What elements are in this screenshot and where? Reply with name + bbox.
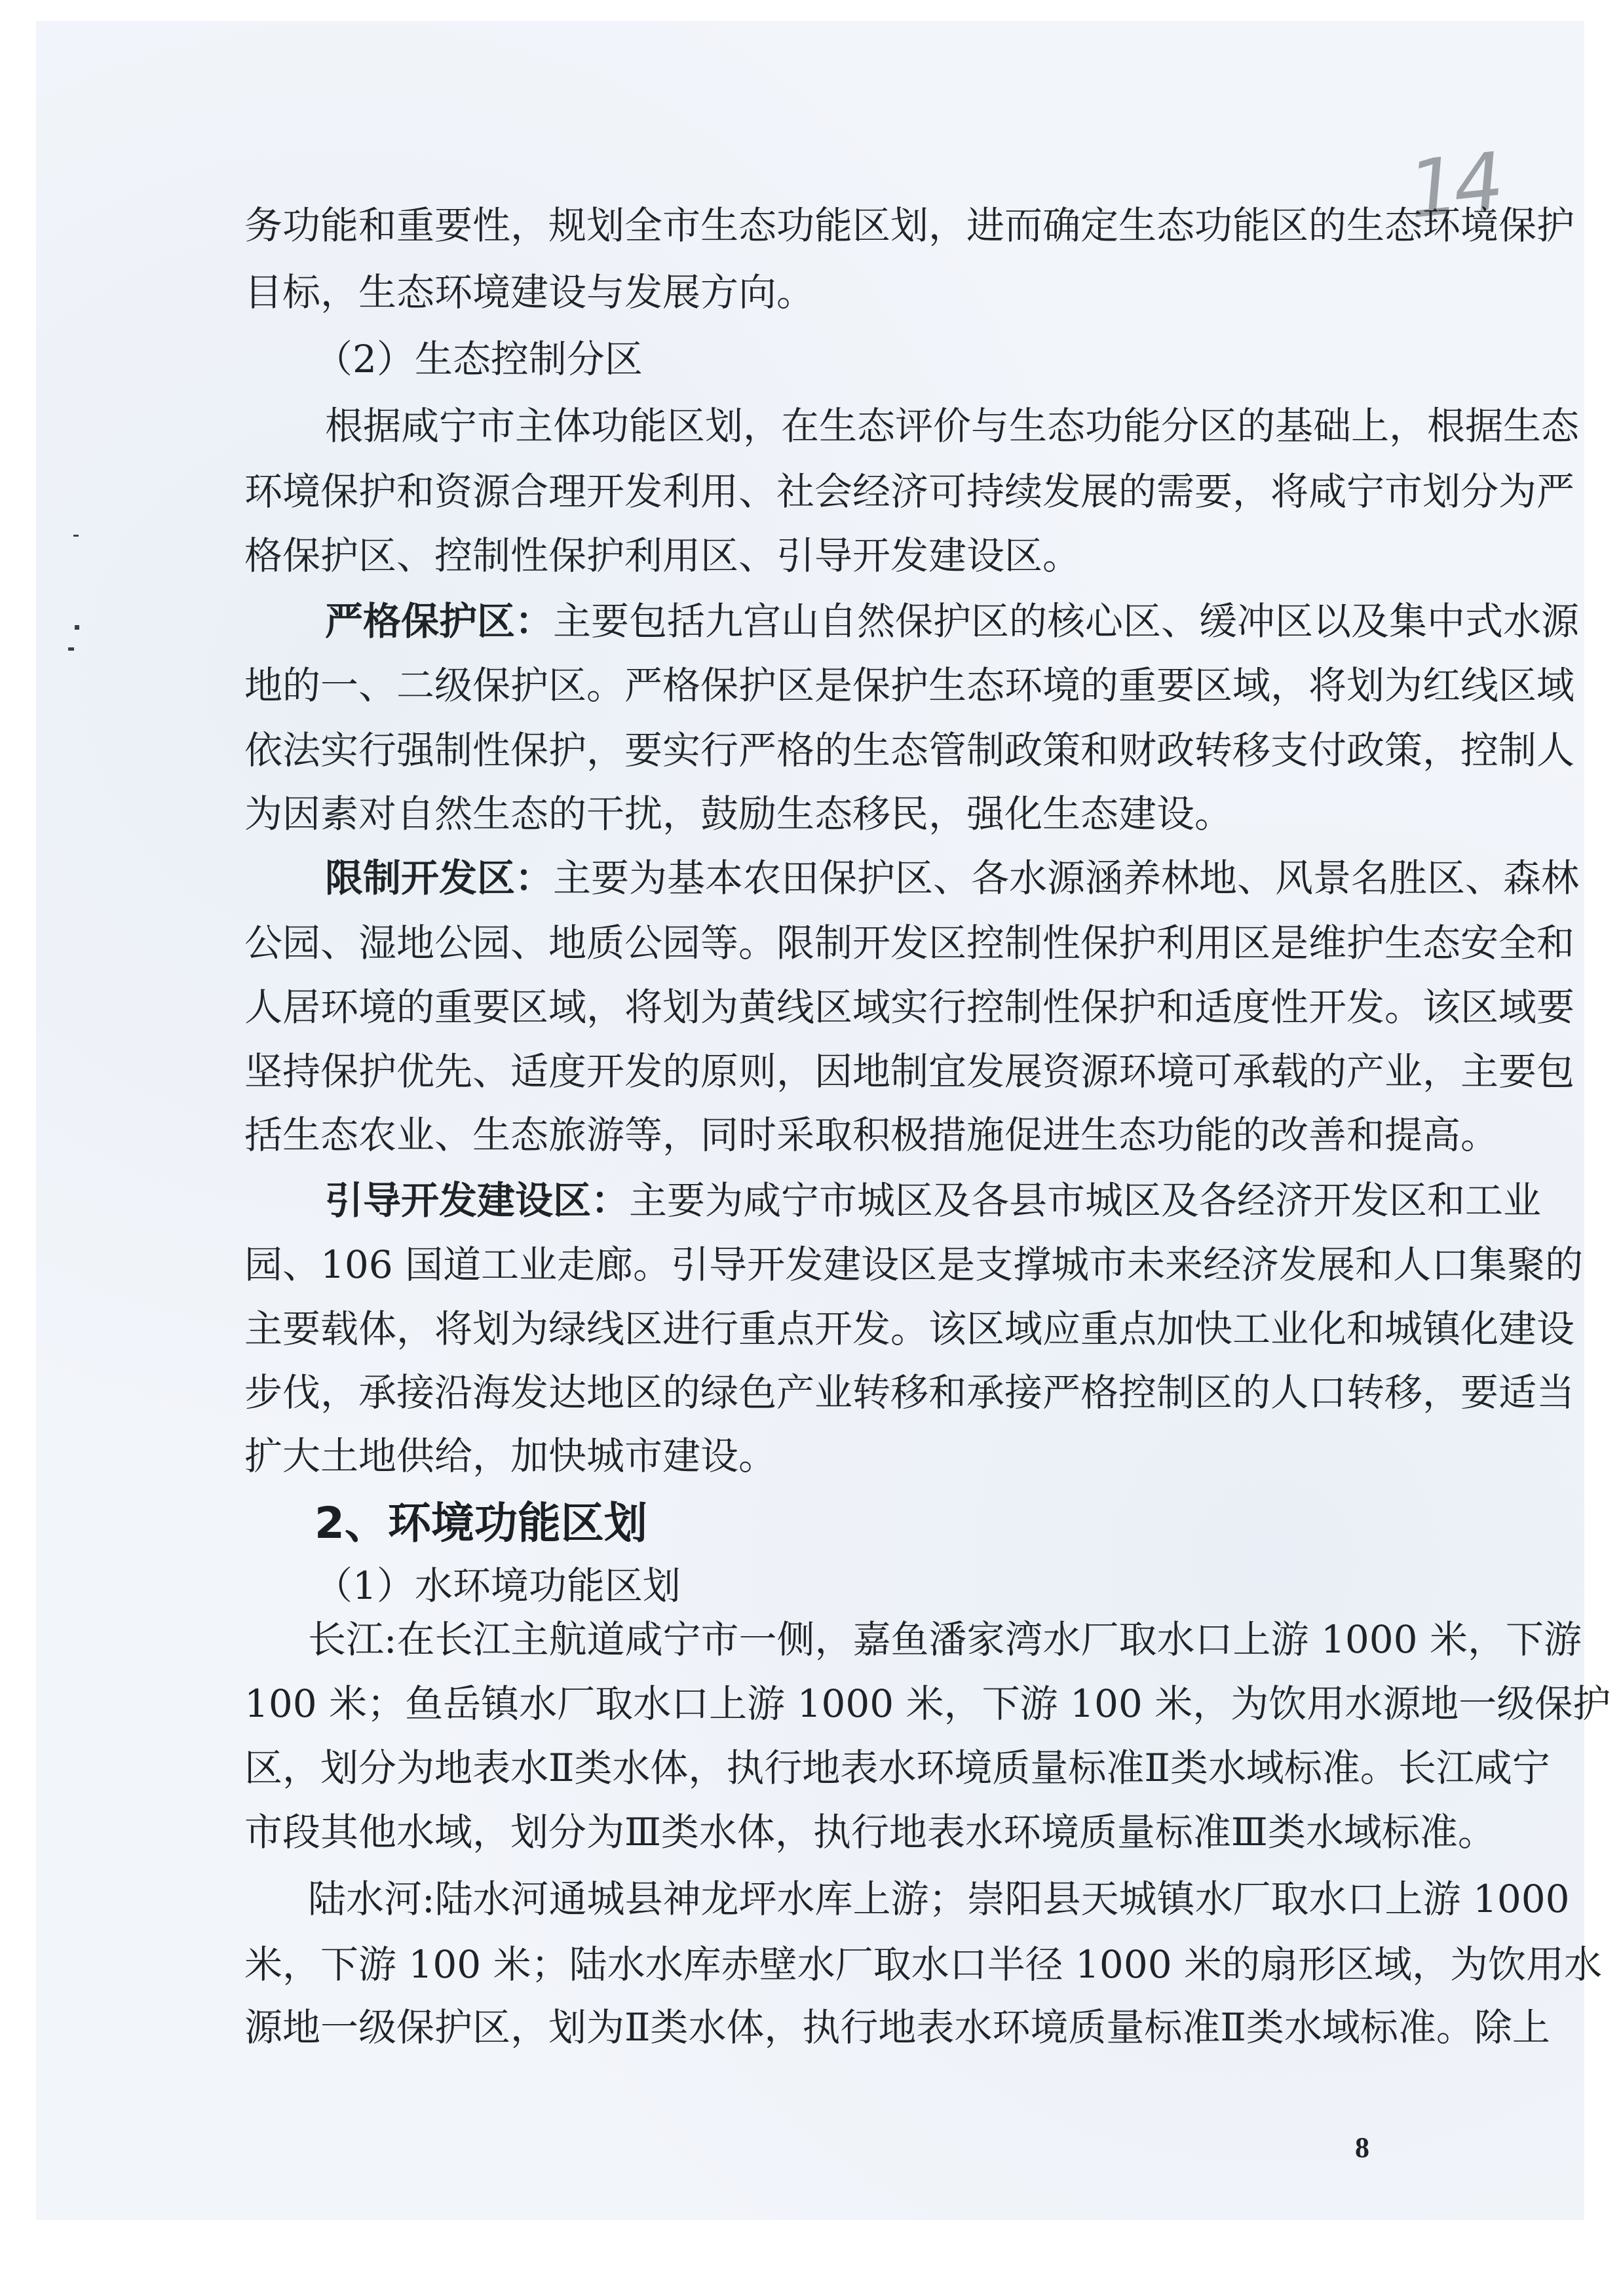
paragraph-line: 米，下游 100 米；陆水水库赤壁水厂取水口半径 1000 米的扇形区域，为饮用… xyxy=(244,1938,1369,1991)
scan-speck xyxy=(68,647,74,651)
paragraph-line: 为因素对自然生态的干扰，鼓励生态移民，强化生态建设。 xyxy=(244,788,1369,840)
paragraph-text: 主要为咸宁市城区及各县市城区及各经济开发区和工业 xyxy=(629,1178,1541,1223)
paragraph-line: 坚持保护优先、适度开发的原则，因地制宜发展资源环境可承载的产业，主要包 xyxy=(244,1045,1369,1098)
lushui-paragraph-start: 陆水河:陆水河通城县神龙坪水库上游；崇阳县天城镇水厂取水口上游 1000 xyxy=(308,1873,1369,1925)
paragraph-line: 园、106 国道工业走廊。引导开发建设区是支撑城市未来经济发展和人口集聚的 xyxy=(244,1238,1369,1291)
paragraph-line: 公园、湿地公园、地质公园等。限制开发区控制性保护利用区是维护生态安全和 xyxy=(244,917,1369,969)
paragraph-line: 源地一级保护区，划为Ⅱ类水体，执行地表水环境质量标准Ⅱ类水域标准。除上 xyxy=(244,2001,1369,2054)
guided-zone-paragraph-start: 引导开发建设区：主要为咸宁市城区及各县市城区及各经济开发区和工业 xyxy=(325,1174,1369,1227)
paragraph-line: 根据咸宁市主体功能区划，在生态评价与生态功能分区的基础上，根据生态 xyxy=(325,400,1369,452)
paragraph-line: 目标，生态环境建设与发展方向。 xyxy=(244,266,1369,318)
limited-zone-label: 限制开发区： xyxy=(325,856,553,900)
subsection-heading: （1）水环境功能区划 xyxy=(315,1559,681,1612)
limited-zone-paragraph-start: 限制开发区：主要为基本农田保护区、各水源涵养林地、风景名胜区、森林 xyxy=(325,852,1369,904)
paragraph-line: 100 米；鱼岳镇水厂取水口上游 1000 米，下游 100 米，为饮用水源地一… xyxy=(244,1677,1369,1730)
paragraph-line: 环境保护和资源合理开发利用、社会经济可持续发展的需要，将咸宁市划分为严 xyxy=(244,465,1369,518)
page-number: 8 xyxy=(1355,2131,1369,2164)
paragraph-text: 主要为基本农田保护区、各水源涵养林地、风景名胜区、森林 xyxy=(553,856,1579,900)
section-heading: 2、环境功能区划 xyxy=(315,1494,647,1553)
paragraph-line: 括生态农业、生态旅游等，同时采取积极措施促进生态功能的改善和提高。 xyxy=(244,1109,1369,1161)
scan-speck xyxy=(73,535,79,537)
yangtze-paragraph-start: 长江:在长江主航道咸宁市一侧，嘉鱼潘家湾水厂取水口上游 1000 米，下游 xyxy=(308,1613,1369,1666)
paragraph-line: 务功能和重要性，规划全市生态功能区划，进而确定生态功能区的生态环境保护 xyxy=(244,199,1369,252)
paragraph-line: 市段其他水域，划分为Ⅲ类水体，执行地表水环境质量标准Ⅲ类水域标准。 xyxy=(244,1806,1369,1858)
strict-zone-paragraph-start: 严格保护区：主要包括九宫山自然保护区的核心区、缓冲区以及集中式水源 xyxy=(325,595,1369,647)
subsection-heading: （2）生态控制分区 xyxy=(315,333,643,385)
scan-speck xyxy=(75,625,79,630)
paragraph-line: 格保护区、控制性保护利用区、引导开发建设区。 xyxy=(244,529,1369,582)
paragraph-text: 主要包括九宫山自然保护区的核心区、缓冲区以及集中式水源 xyxy=(553,599,1579,643)
paragraph-line: 依法实行强制性保护，要实行严格的生态管制政策和财政转移支付政策，控制人 xyxy=(244,724,1369,776)
strict-zone-label: 严格保护区： xyxy=(325,599,553,643)
paragraph-line: 主要载体，将划为绿线区进行重点开发。该区域应重点加快工业化和城镇化建设 xyxy=(244,1303,1369,1355)
paragraph-line: 地的一、二级保护区。严格保护区是保护生态环境的重要区域，将划为红线区域 xyxy=(244,659,1369,712)
paragraph-line: 人居环境的重要区域，将划为黄线区域实行控制性保护和适度性开发。该区域要 xyxy=(244,981,1369,1033)
paragraph-line: 区，划分为地表水Ⅱ类水体，执行地表水环境质量标准Ⅱ类水域标准。长江咸宁 xyxy=(244,1742,1369,1794)
guided-zone-label: 引导开发建设区： xyxy=(325,1178,629,1223)
paragraph-line: 扩大土地供给，加快城市建设。 xyxy=(244,1430,1369,1482)
paragraph-line: 步伐，承接沿海发达地区的绿色产业转移和承接严格控制区的人口转移，要适当 xyxy=(244,1366,1369,1419)
